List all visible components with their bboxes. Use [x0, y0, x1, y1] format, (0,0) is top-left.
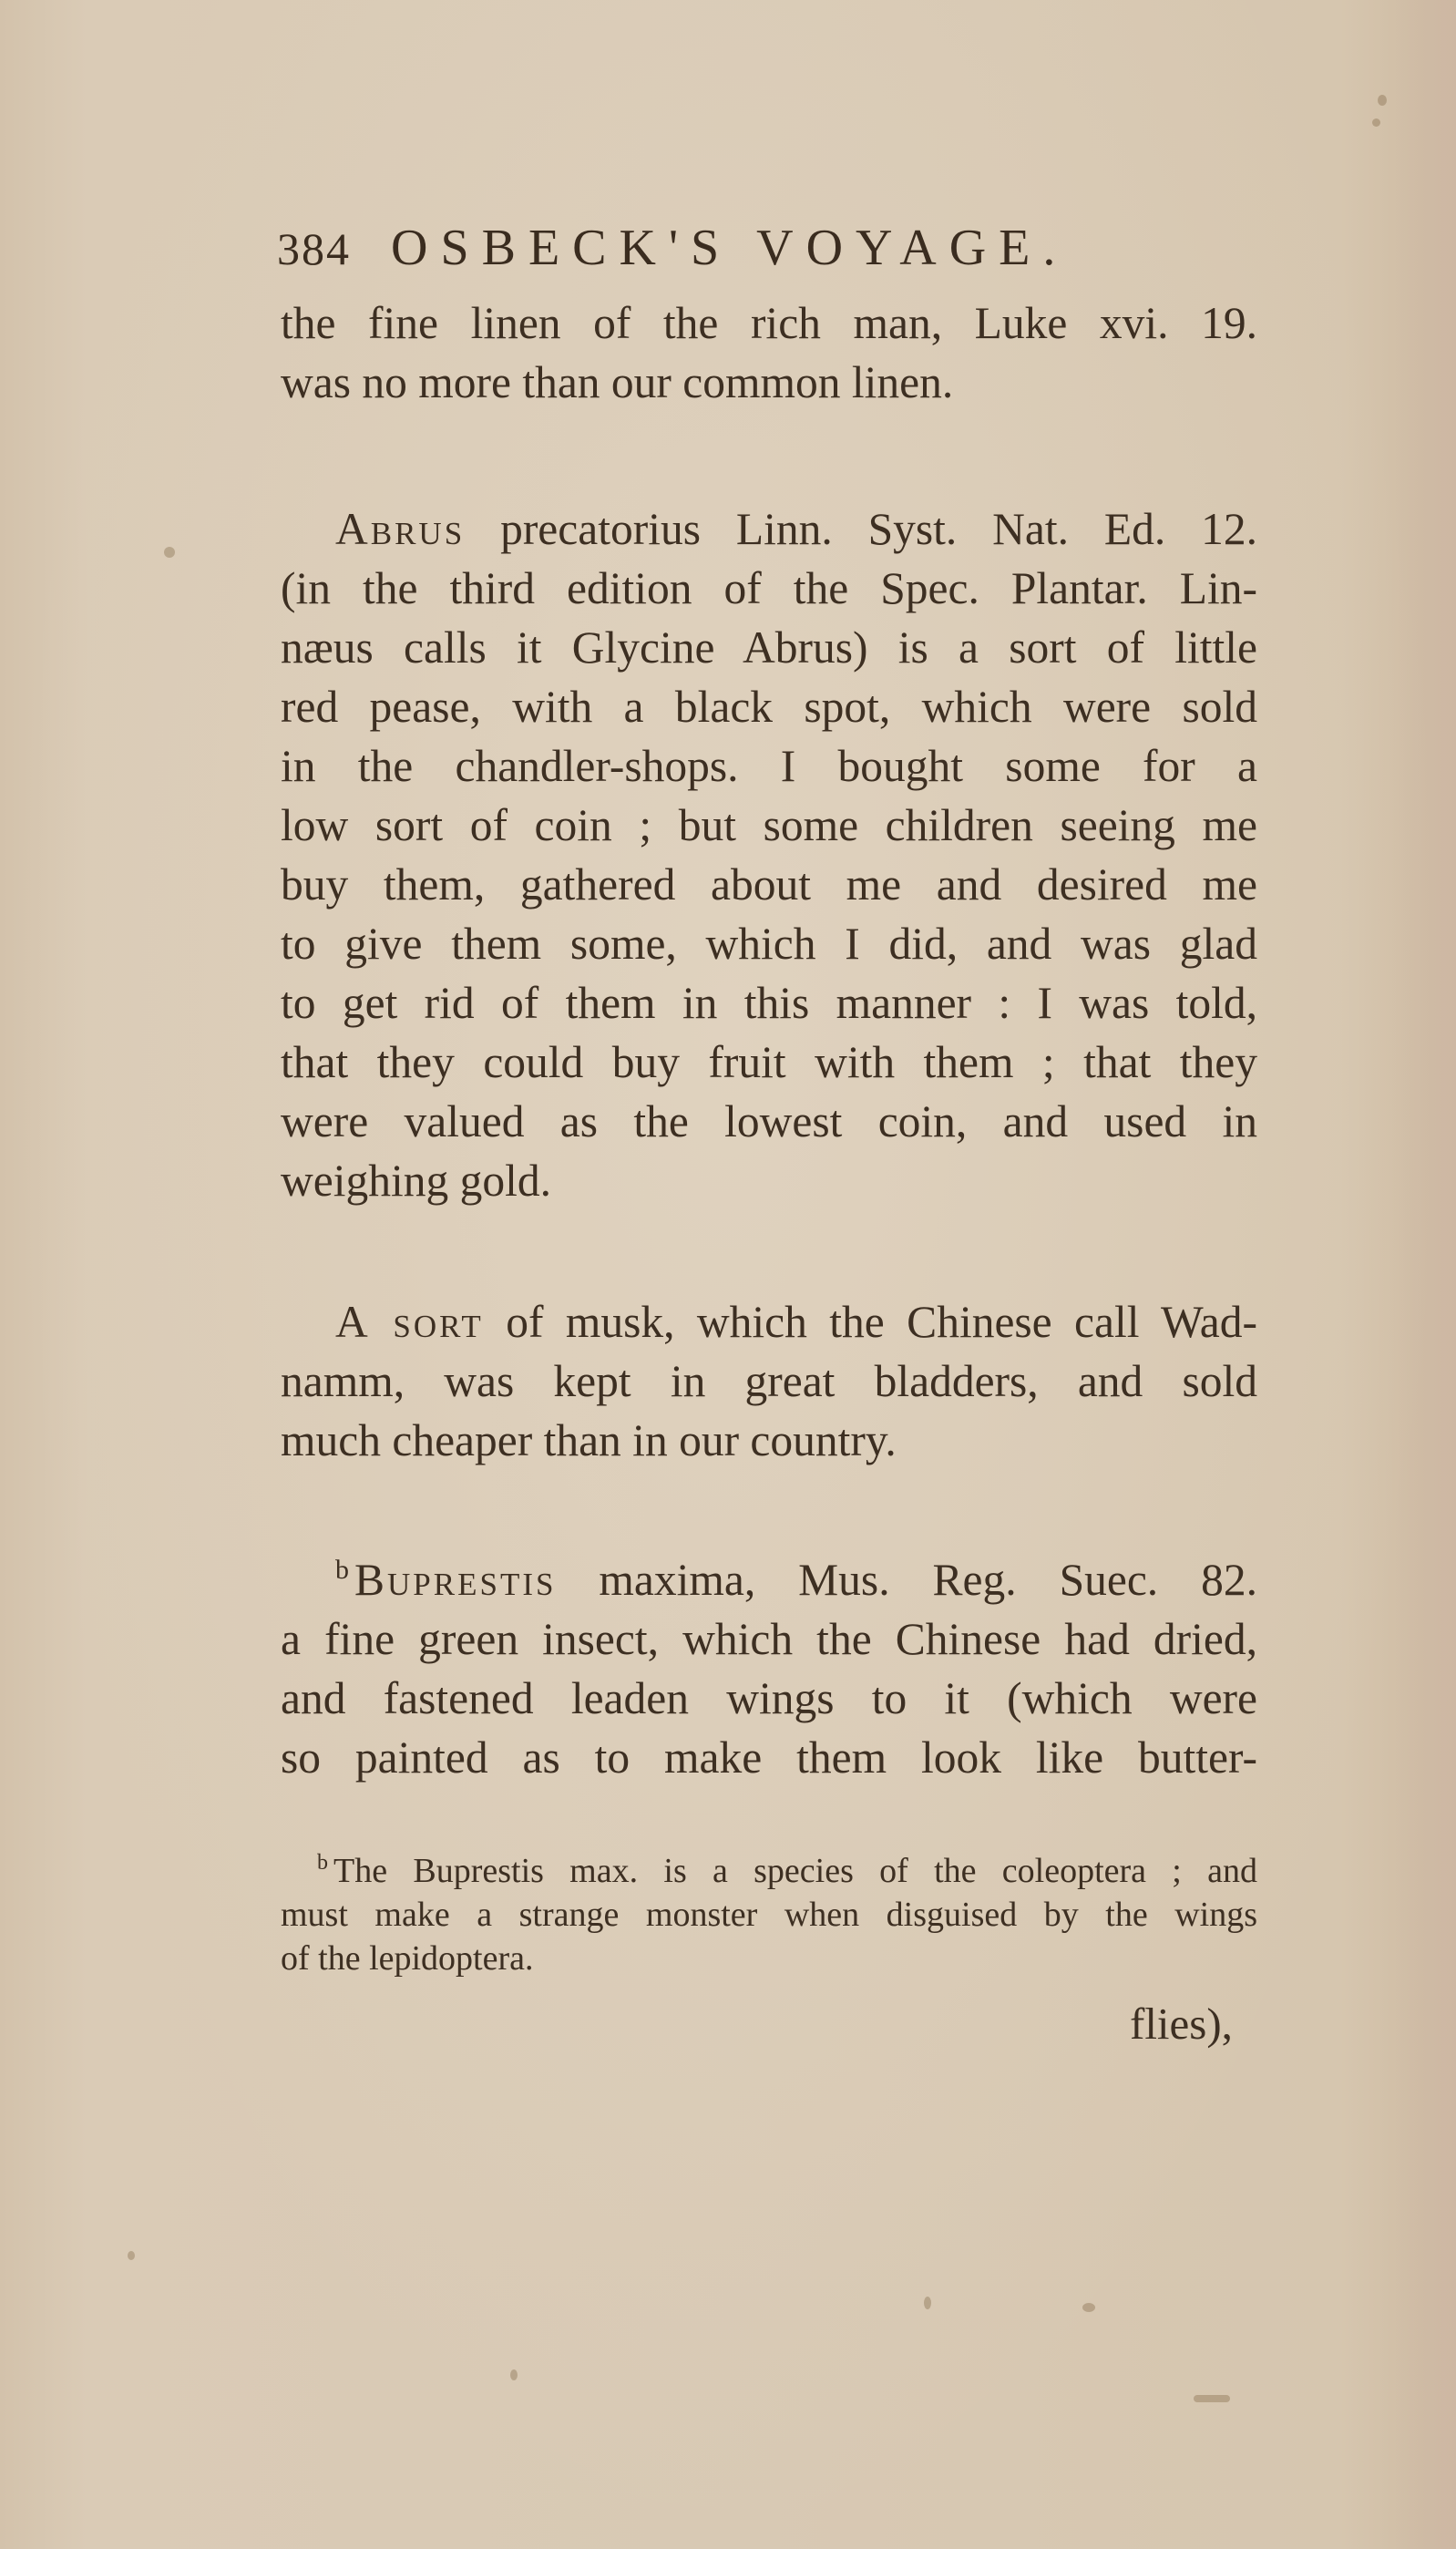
- paragraph-buprestis: bBuprestis maxima, Mus. Reg. Suec. 82. a…: [281, 1540, 1257, 1787]
- footnote-marker: b: [317, 1851, 328, 1875]
- text-line: to give them some, which I did, and was …: [281, 914, 1257, 973]
- page-number: 384: [277, 222, 351, 275]
- footnote: bThe Buprestis max. is a species of the …: [281, 1841, 1257, 1980]
- text-line: namm, was kept in great bladders, and so…: [281, 1352, 1257, 1411]
- footnote-line: of the lepidoptera.: [281, 1937, 1257, 1980]
- text-line: were valued as the lowest coin, and used…: [281, 1092, 1257, 1151]
- text-line: (in the third edition of the Spec. Plant…: [281, 559, 1257, 618]
- foxing-spot: [164, 547, 175, 558]
- note-marker: b: [335, 1555, 349, 1585]
- text-line: Abrus precatorius Linn. Syst. Nat. Ed. 1…: [281, 499, 1257, 559]
- text-line: the fine linen of the rich man, Luke xvi…: [281, 293, 1257, 353]
- lead-word: Buprestis: [354, 1555, 556, 1605]
- footnote-line: bThe Buprestis max. is a species of the …: [281, 1841, 1257, 1893]
- text-line: red pease, with a black spot, which were…: [281, 677, 1257, 736]
- text-fragment: precatorius Linn. Syst. Nat. Ed. 12.: [465, 504, 1257, 554]
- foxing-spot: [1378, 95, 1387, 106]
- page-header: 384 OSBECK'S VOYAGE.: [277, 219, 1279, 292]
- foxing-spot: [1194, 2395, 1230, 2402]
- paragraph-abrus: Abrus precatorius Linn. Syst. Nat. Ed. 1…: [281, 499, 1257, 1210]
- foxing-spot: [1372, 118, 1380, 127]
- foxing-spot: [924, 2297, 931, 2309]
- text-fragment: of musk, which the Chinese call Wad-: [484, 1297, 1257, 1347]
- foxing-spot: [1082, 2303, 1095, 2312]
- paragraph-musk: A sort of musk, which the Chinese call W…: [281, 1292, 1257, 1470]
- text-fragment: The Buprestis max. is a species of the c…: [333, 1852, 1257, 1890]
- text-line: næus calls it Glycine Abrus) is a sort o…: [281, 618, 1257, 677]
- book-page: 384 OSBECK'S VOYAGE. the fine linen of t…: [0, 0, 1456, 2549]
- text-line: so painted as to make them look like but…: [281, 1728, 1257, 1787]
- lead-word: Abrus: [335, 504, 465, 554]
- text-line: was no more than our common linen.: [281, 353, 1257, 412]
- text-line: and fastened leaden wings to it (which w…: [281, 1669, 1257, 1728]
- text-line: in the chandler-shops. I bought some for…: [281, 736, 1257, 796]
- footnote-line: must make a strange monster when disguis…: [281, 1893, 1257, 1937]
- text-line: weighing gold.: [281, 1151, 1257, 1210]
- foxing-spot: [128, 2251, 135, 2260]
- lead-word: A sort: [335, 1297, 484, 1347]
- text-fragment: maxima, Mus. Reg. Suec. 82.: [556, 1555, 1257, 1605]
- text-line: buy them, gathered about me and desired …: [281, 855, 1257, 914]
- catchword: flies),: [1130, 1998, 1233, 2050]
- text-line: bBuprestis maxima, Mus. Reg. Suec. 82.: [281, 1540, 1257, 1609]
- text-line: to get rid of them in this manner : I wa…: [281, 973, 1257, 1033]
- text-line: low sort of coin ; but some children see…: [281, 796, 1257, 855]
- text-line: that they could buy fruit with them ; th…: [281, 1033, 1257, 1092]
- running-head: OSBECK'S VOYAGE.: [391, 219, 1068, 277]
- text-line: a fine green insect, which the Chinese h…: [281, 1609, 1257, 1669]
- text-line: much cheaper than in our country.: [281, 1411, 1257, 1470]
- paragraph-continued: the fine linen of the rich man, Luke xvi…: [281, 293, 1257, 412]
- foxing-spot: [510, 2369, 518, 2380]
- text-line: A sort of musk, which the Chinese call W…: [281, 1292, 1257, 1352]
